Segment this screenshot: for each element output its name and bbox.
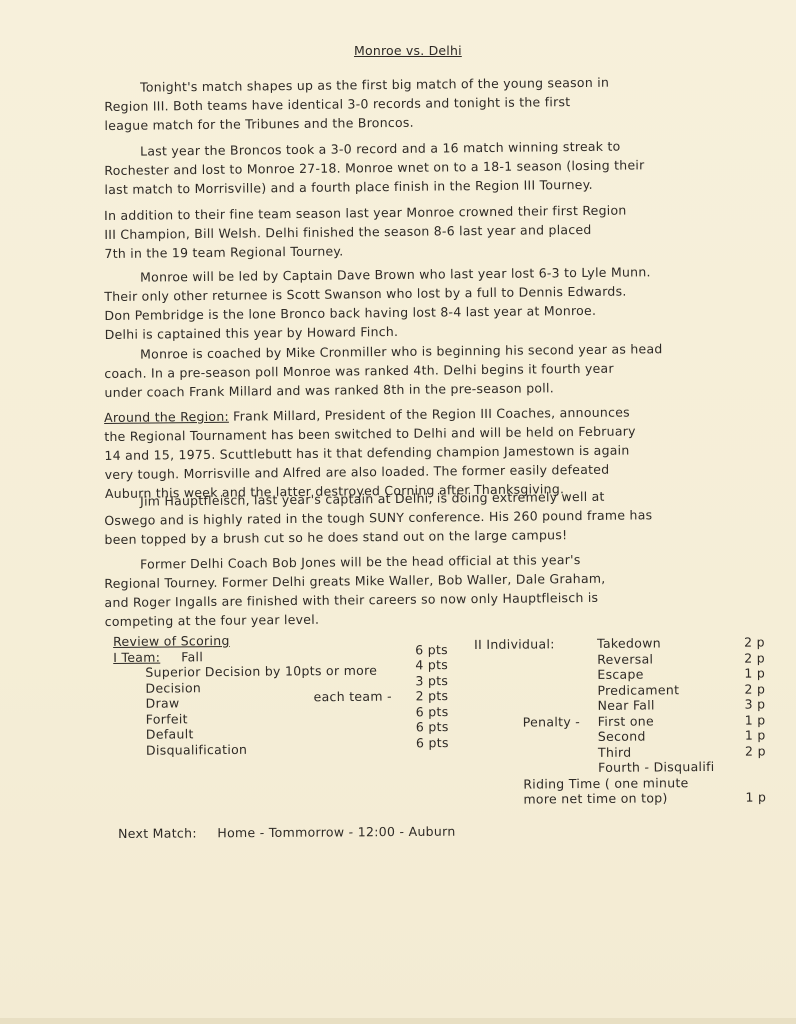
points-value: 2 p: [745, 743, 766, 759]
points-value: 6 pts: [415, 642, 448, 658]
next-match-label: Next Match:: [118, 825, 197, 841]
points-value: 6 pts: [416, 704, 449, 720]
points-value: 6 pts: [416, 735, 449, 751]
points-value: 1 p: [744, 665, 765, 681]
scoring-row: Disqualification 6 pts: [114, 739, 464, 758]
paragraph-intro: Tonight's match shapes up as the first b…: [104, 71, 765, 135]
points-value: 3 p: [745, 696, 766, 712]
points-value: 2 pts: [415, 688, 448, 704]
individual-label: II Individual:: [474, 636, 555, 652]
points-value: 1 p: [745, 789, 766, 805]
penalty-label: Penalty -: [523, 714, 580, 730]
scoring-row: more net time on top) 1 p: [475, 789, 796, 807]
paragraph-captains: Monroe will be led by Captain Dave Brown…: [104, 261, 765, 344]
points-value: 2 p: [744, 681, 765, 697]
paragraph-champion: In addition to their fine team season la…: [104, 199, 765, 263]
text-line: Frank Millard, President of the Region I…: [229, 404, 630, 423]
note: each team -: [313, 689, 391, 705]
points-value: 4 pts: [415, 657, 448, 673]
points-value: 6 pts: [416, 719, 449, 735]
points-value: 1 p: [745, 727, 766, 743]
team-label: I Team:: [113, 649, 160, 665]
paragraph-coaches: Monroe is coached by Mike Cronmiller who…: [104, 338, 765, 402]
points-value: 3 pts: [415, 673, 448, 689]
text-line: Former Delhi Coach Bob Jones will be the…: [140, 552, 581, 572]
paragraph-last-year: Last year the Broncos took a 3-0 record …: [104, 135, 765, 199]
paragraph-hauptfleisch: Jim Hauptfleisch, last year's captain at…: [104, 485, 765, 549]
scoring-heading: Review of Scoring: [113, 633, 230, 650]
points-value: 2 p: [744, 634, 765, 650]
next-match: Next Match: Home - Tommorrow - 12:00 - A…: [118, 824, 456, 841]
section-heading: Around the Region:: [104, 409, 229, 425]
points-value: 2 p: [744, 650, 765, 666]
points-value: 1 p: [745, 712, 766, 728]
document-page: Monroe vs. Delhi Tonight's match shapes …: [0, 0, 796, 1024]
scoring-team-section: Review of Scoring I Team: Fall 6 pts Sup…: [113, 631, 464, 758]
scoring-individual-section: II Individual: Takedown 2 p Reversal 2 p…: [474, 634, 796, 807]
page-edge: [0, 1018, 796, 1024]
page-title: Monroe vs. Delhi: [354, 43, 462, 58]
paragraph-former-greats: Former Delhi Coach Bob Jones will be the…: [104, 548, 765, 631]
next-match-value: Home - Tommorrow - 12:00 - Auburn: [217, 824, 455, 841]
